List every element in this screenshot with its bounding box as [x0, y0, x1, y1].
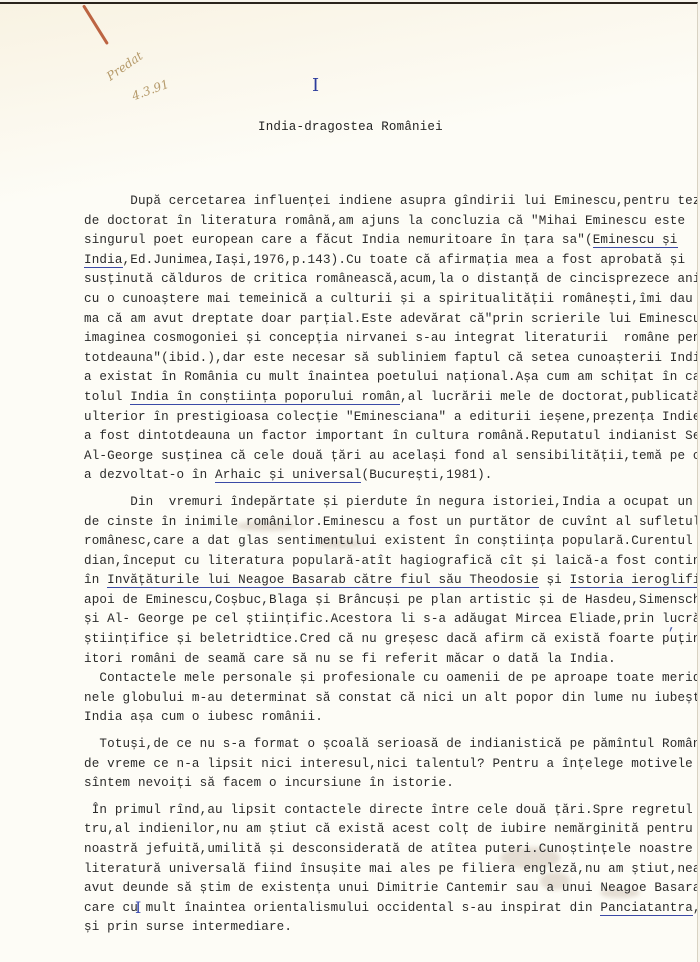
text-line: ma că am avut dreptate doar parțial.Este…	[84, 310, 684, 330]
text-segment: India așa cum o iubesc românii.	[84, 710, 323, 724]
text-line: în Invățăturile lui Neagoe Basarab către…	[84, 571, 684, 591]
text-segment: sîntem nevoiți să facem o incursiune în …	[84, 776, 454, 790]
text-segment: de doctorat în literatura română,am ajun…	[84, 214, 685, 228]
text-segment: (București,1981).	[361, 468, 492, 482]
text-line: Contactele mele personale și profesional…	[84, 669, 684, 689]
text-line: ulterior în prestigioasa colecție "Emine…	[84, 408, 684, 428]
text-segment: și	[539, 573, 570, 587]
text-line: tru,al indienilor,nu am știut că există …	[84, 820, 684, 840]
underlined-title: Istoria ieroglifică	[570, 573, 698, 588]
text-segment: apoi de Eminescu,Coșbuc,Blaga și Brâncuș…	[84, 593, 698, 607]
text-segment: tolul	[84, 390, 130, 404]
text-line: literatură universală fiind însușite mai…	[84, 860, 684, 880]
text-segment: singurul poet european care a făcut Indi…	[84, 233, 593, 247]
text-segment: de vreme ce n-a lipsit nici interesul,ni…	[84, 757, 693, 771]
typewritten-page: Predat 4.3.91 I India-dragostea României…	[0, 2, 698, 962]
text-line: cu o cunoaștere mai temeinică a culturii…	[84, 290, 684, 310]
text-segment: totdeauna"(ibid.),dar este necesar să su…	[84, 351, 698, 365]
text-segment: și Al- George pe cel științific.Acestora…	[84, 612, 698, 626]
text-segment: După cercetarea influenței indiene asupr…	[84, 194, 698, 208]
text-line: itori români de seamă care să nu se fi r…	[84, 650, 684, 670]
text-line: În primul rînd,au lipsit contactele dire…	[84, 801, 684, 821]
text-line: tolul India în conștiința poporului româ…	[84, 388, 684, 408]
document-title: India-dragostea României	[258, 120, 443, 134]
text-line: India,Ed.Junimea,Iași,1976,p.143).Cu toa…	[84, 251, 684, 271]
paragraph-gap	[84, 794, 684, 801]
underlined-title: India	[84, 253, 123, 268]
text-segment: ma că am avut dreptate doar parțial.Este…	[84, 312, 698, 326]
text-line: de doctorat în literatura română,am ajun…	[84, 212, 684, 232]
text-segment: ,Ed.Junimea,Iași,1976,p.143).Cu toate că…	[123, 253, 686, 267]
pencil-note-date: 4.3.91	[130, 77, 171, 103]
text-line: românesc,care a dat glas sentimentului e…	[84, 532, 684, 552]
text-segment: a dezvoltat-o în	[84, 468, 215, 482]
text-segment: imaginea cosmogoniei și concepția nirvan…	[84, 331, 698, 345]
text-segment: ,al lucrării mele de doctorat,publicată	[400, 390, 698, 404]
text-segment: de cinste în inimile românilor.Eminescu …	[84, 515, 698, 529]
text-segment: în	[84, 573, 107, 587]
text-segment: care cu mult înaintea orientalismului oc…	[84, 901, 600, 915]
underlined-title: Eminescu și	[593, 233, 678, 248]
text-segment: itori români de seamă care să nu se fi r…	[84, 652, 616, 666]
text-segment: noastră jefuită,umilită și desconsiderat…	[84, 842, 698, 856]
text-line: și Al- George pe cel științific.Acestora…	[84, 610, 684, 630]
text-segment: avut deunde să știm de existența unui Di…	[84, 881, 698, 895]
text-segment: literatură universală fiind însușite mai…	[84, 862, 698, 876]
text-segment: științifice și beletridtice.Cred că nu g…	[84, 632, 698, 646]
text-line: După cercetarea influenței indiene asupr…	[84, 192, 684, 212]
text-line: singurul poet european care a făcut Indi…	[84, 231, 684, 251]
text-line: a dezvoltat-o în Arhaic și universal(Buc…	[84, 466, 684, 486]
underlined-title: Invățăturile lui Neagoe Basarab către fi…	[107, 573, 539, 588]
text-segment: nele globului m-au determinat să constat…	[84, 691, 698, 705]
text-line: științifice și beletridtice.Cred că nu g…	[84, 630, 684, 650]
paragraph-gap	[84, 486, 684, 493]
text-line: Al-George susținea că cele două țări au …	[84, 447, 684, 467]
text-segment: cu o cunoaștere mai temeinică a culturii…	[84, 292, 698, 306]
text-line: nele globului m-au determinat să constat…	[84, 689, 684, 709]
text-segment: Totuși,de ce nu s-a format o școală seri…	[84, 737, 698, 751]
text-segment: dian,început cu literatura populară-atît…	[84, 554, 698, 568]
text-segment: În primul rînd,au lipsit contactele dire…	[84, 803, 698, 817]
text-line: apoi de Eminescu,Coșbuc,Blaga și Brâncuș…	[84, 591, 684, 611]
text-line: imaginea cosmogoniei și concepția nirvan…	[84, 329, 684, 349]
text-segment: tru,al indienilor,nu am știut că există …	[84, 822, 698, 836]
text-segment: Contactele mele personale și profesional…	[84, 671, 698, 685]
text-line: a existat în România cu mult înaintea po…	[84, 368, 684, 388]
pen-comma-mark: ,	[668, 618, 676, 633]
text-line: India așa cum o iubesc românii.	[84, 708, 684, 728]
text-segment: Al-George susținea că cele două țări au …	[84, 449, 698, 463]
text-segment: susținută călduros de critica românească…	[84, 272, 698, 286]
red-pencil-mark	[82, 4, 109, 45]
text-line: Totuși,de ce nu s-a format o școală seri…	[84, 735, 684, 755]
text-line: care cu mult înaintea orientalismului oc…	[84, 899, 684, 919]
text-line: noastră jefuită,umilită și desconsiderat…	[84, 840, 684, 860]
text-line: de cinste în inimile românilor.Eminescu …	[84, 513, 684, 533]
text-line: de vreme ce n-a lipsit nici interesul,ni…	[84, 755, 684, 775]
text-line: avut deunde să știm de existența unui Di…	[84, 879, 684, 899]
text-segment: ,fie	[693, 901, 698, 915]
document-body: După cercetarea influenței indiene asupr…	[84, 192, 684, 938]
text-line: sîntem nevoiți să facem o incursiune în …	[84, 774, 684, 794]
text-line: și prin surse intermediare.	[84, 918, 684, 938]
text-segment: Din vremuri îndepărtate și pierdute în n…	[84, 495, 698, 509]
text-line: Din vremuri îndepărtate și pierdute în n…	[84, 493, 684, 513]
underlined-title: Panciatantra	[600, 901, 693, 916]
text-segment: și prin surse intermediare.	[84, 920, 292, 934]
text-line: dian,început cu literatura populară-atît…	[84, 552, 684, 572]
text-line: totdeauna"(ibid.),dar este necesar să su…	[84, 349, 684, 369]
text-segment: a existat în România cu mult înaintea po…	[84, 370, 698, 384]
underlined-title: Arhaic și universal	[215, 468, 361, 483]
underlined-title: India în conștiința poporului român	[130, 390, 400, 405]
text-segment: a fost dintotdeauna un factor important …	[84, 429, 698, 443]
text-line: susținută călduros de critica românească…	[84, 270, 684, 290]
text-segment: românesc,care a dat glas sentimentului e…	[84, 534, 698, 548]
text-segment: ulterior în prestigioasa colecție "Emine…	[84, 410, 698, 424]
paragraph-gap	[84, 728, 684, 735]
pencil-note-word: Predat	[104, 49, 145, 84]
section-numeral: I	[312, 75, 319, 96]
pen-insertion-mark: I	[135, 898, 141, 917]
text-line: a fost dintotdeauna un factor important …	[84, 427, 684, 447]
